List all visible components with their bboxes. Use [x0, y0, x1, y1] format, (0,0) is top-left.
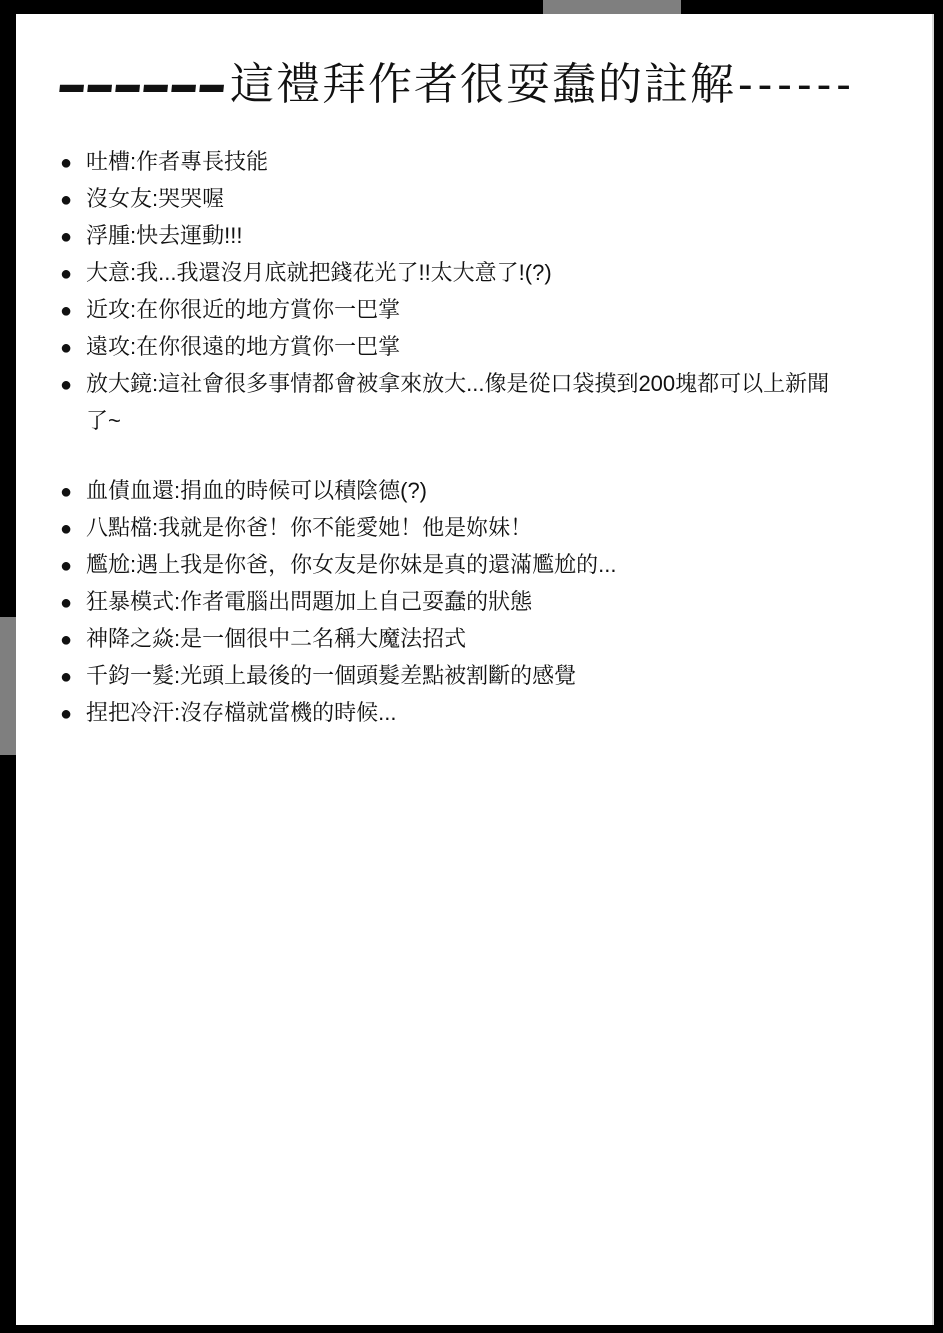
bullet-icon: ● — [60, 183, 86, 218]
note-item: ●八點檔:我就是你爸！你不能愛她！他是妳妹！ — [60, 510, 886, 547]
note-text: 神降之焱:是一個很中二名稱大魔法招式 — [86, 626, 466, 651]
note-item: ●神降之焱:是一個很中二名稱大魔法招式 — [60, 621, 886, 658]
note-text: 尷尬:遇上我是你爸，你女友是你妹是真的還滿尷尬的... — [86, 552, 616, 577]
note-text: 千鈞一髮:光頭上最後的一個頭髮差點被割斷的感覺 — [86, 663, 576, 688]
note-list: ●吐槽:作者專長技能 ●沒女友:哭哭喔 ●浮腫:快去運動!!! ●大意:我...… — [60, 144, 932, 732]
note-text: 狂暴模式:作者電腦出問題加上自己耍蠢的狀態 — [86, 589, 532, 614]
note-item: ●捏把冷汗:沒存檔就當機的時候... — [60, 695, 886, 732]
note-text: 大意:我...我還沒月底就把錢花光了!!太大意了!(?) — [86, 260, 552, 285]
bullet-icon: ● — [60, 623, 86, 658]
title-bold-dashes-icon: ▬▬▬▬▬▬ — [57, 60, 230, 110]
note-item: ●狂暴模式:作者電腦出問題加上自己耍蠢的狀態 — [60, 584, 886, 621]
page-content: ▬▬▬▬▬▬ 這禮拜作者很耍蠢的註解 ------ ●吐槽:作者專長技能 ●沒女… — [16, 14, 932, 732]
scan-artifact-top — [543, 0, 681, 15]
bullet-icon: ● — [60, 512, 86, 547]
note-text: 沒女友:哭哭喔 — [86, 186, 224, 211]
note-text: 浮腫:快去運動!!! — [86, 223, 242, 248]
page-title: ▬▬▬▬▬▬ 這禮拜作者很耍蠢的註解 ------ — [60, 60, 932, 110]
note-text: 遠攻:在你很遠的地方賞你一巴掌 — [86, 334, 400, 359]
note-text: 吐槽:作者專長技能 — [86, 149, 268, 174]
comic-notes-page: ▬▬▬▬▬▬ 這禮拜作者很耍蠢的註解 ------ ●吐槽:作者專長技能 ●沒女… — [16, 14, 934, 1325]
note-item: ●近攻:在你很近的地方賞你一巴掌 — [60, 292, 886, 329]
bullet-icon: ● — [60, 697, 86, 732]
title-thin-dashes-icon: ------ — [738, 60, 856, 110]
bullet-icon: ● — [60, 549, 86, 584]
note-text: 捏把冷汗:沒存檔就當機的時候... — [86, 700, 396, 725]
note-item: ●浮腫:快去運動!!! — [60, 218, 886, 255]
note-item: ●沒女友:哭哭喔 — [60, 181, 886, 218]
note-text: 放大鏡:這社會很多事情都會被拿來放大...像是從口袋摸到200塊都可以上新聞 了… — [86, 371, 829, 433]
note-item: ●尷尬:遇上我是你爸，你女友是你妹是真的還滿尷尬的... — [60, 547, 886, 584]
bullet-icon: ● — [60, 220, 86, 255]
note-item: ●吐槽:作者專長技能 — [60, 144, 886, 181]
bullet-icon: ● — [60, 660, 86, 695]
page-title-text: 這禮拜作者很耍蠢的註解 — [230, 60, 736, 110]
bullet-icon: ● — [60, 146, 86, 181]
bullet-icon: ● — [60, 586, 86, 621]
note-item: ●千鈞一髮:光頭上最後的一個頭髮差點被割斷的感覺 — [60, 658, 886, 695]
note-item: ●放大鏡:這社會很多事情都會被拿來放大...像是從口袋摸到200塊都可以上新聞 … — [60, 366, 886, 438]
scan-artifact-left — [0, 617, 16, 755]
bullet-icon: ● — [60, 475, 86, 510]
note-text: 八點檔:我就是你爸！你不能愛她！他是妳妹！ — [86, 515, 532, 540]
bullet-icon: ● — [60, 368, 86, 403]
note-item: ●大意:我...我還沒月底就把錢花光了!!太大意了!(?) — [60, 255, 886, 292]
note-item: ●遠攻:在你很遠的地方賞你一巴掌 — [60, 329, 886, 366]
bullet-icon: ● — [60, 331, 86, 366]
note-text: 血債血還:捐血的時候可以積陰德(?) — [86, 478, 427, 503]
bullet-icon: ● — [60, 257, 86, 292]
bullet-icon: ● — [60, 294, 86, 329]
note-item: ●血債血還:捐血的時候可以積陰德(?) — [60, 473, 886, 510]
scanned-page-background: ▬▬▬▬▬▬ 這禮拜作者很耍蠢的註解 ------ ●吐槽:作者專長技能 ●沒女… — [0, 0, 943, 1333]
note-text: 近攻:在你很近的地方賞你一巴掌 — [86, 297, 400, 322]
